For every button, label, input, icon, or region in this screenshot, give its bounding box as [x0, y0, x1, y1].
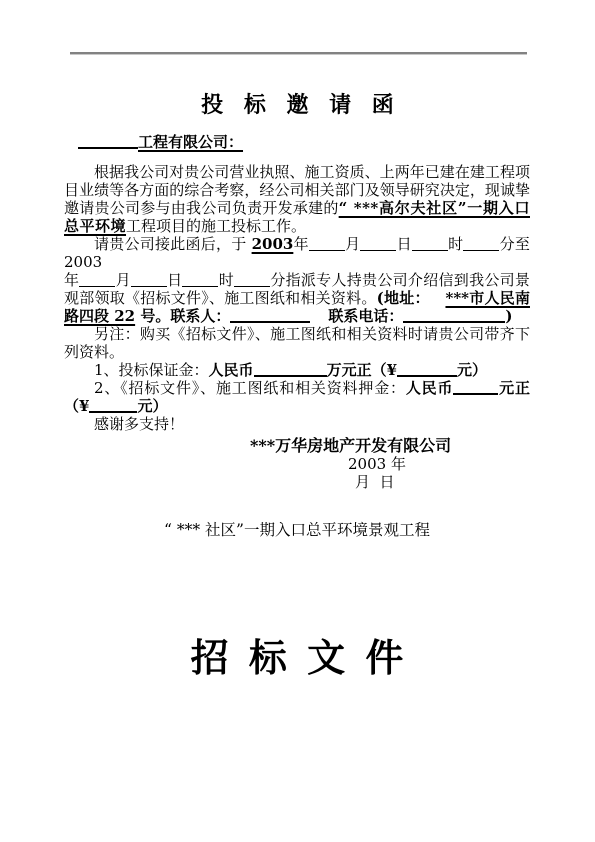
- minute-blank-field: [234, 286, 270, 287]
- address-label: (地址：: [377, 289, 438, 307]
- item1-currency: 人民币: [209, 361, 254, 379]
- day-blank-field: [360, 250, 396, 251]
- intro-outro: 工程项目的施工投标工作。: [126, 217, 306, 235]
- signature-month-day: 月 日: [64, 473, 530, 491]
- paragraph-note: 另注：购买《招标文件》、施工图纸和相关资料时请贵公司带齐下列资料。: [64, 325, 530, 361]
- company-name: ***万华房地产开发有限公司: [64, 437, 530, 455]
- unit-hour: 时: [218, 271, 234, 289]
- hour-blank-field: [182, 286, 218, 287]
- unit-month: 月: [115, 271, 131, 289]
- signature-block: ***万华房地产开发有限公司 2003 年 月 日: [64, 437, 530, 491]
- recipient-blank-field: [78, 147, 138, 149]
- item1-unit2: 元）: [457, 361, 487, 379]
- year-bold: 2003: [252, 235, 294, 253]
- day-blank-field: [131, 286, 167, 287]
- unit-hour: 时: [448, 235, 464, 253]
- hour-blank-field: [412, 250, 448, 251]
- paragraph-schedule: 请贵公司接此函后，于 2003年月日时分至 2003年月日时分指派专人持贵公司介…: [64, 235, 530, 325]
- signature-year: 2003 年: [64, 455, 530, 473]
- item1-amount-blank2: [397, 375, 457, 377]
- item1-label: 1、投标保证金：: [94, 361, 209, 379]
- month-blank-field: [79, 286, 115, 287]
- recipient-line: 工程有限公司：: [64, 133, 530, 151]
- item2-unit1: 元正: [498, 379, 530, 397]
- paragraph-intro: 根据我公司对贵公司营业执照、施工资质、上两年已建在建工程项目业绩等各方面的综合考…: [64, 163, 530, 235]
- letter-body: 工程有限公司： 根据我公司对贵公司营业执照、施工资质、上两年已建在建工程项目业绩…: [64, 133, 530, 667]
- item2-unit2: 元）: [137, 397, 167, 415]
- unit-month: 月: [345, 235, 361, 253]
- document-page: 投 标 邀 请 函 工程有限公司： 根据我公司对贵公司营业执照、施工资质、上两年…: [0, 0, 595, 842]
- list-item-document-deposit: 2、《招标文件》、施工图纸和相关资料押金：人民币元正（¥元）: [64, 379, 530, 415]
- item2-label: 2、《招标文件》、施工图纸和相关资料押金：: [94, 379, 406, 397]
- close-paren: ): [505, 307, 512, 325]
- list-item-deposit: 1、投标保证金：人民币万元正（¥元）: [64, 361, 530, 379]
- item1-amount-blank: [254, 375, 327, 377]
- item1-unit1: 万元正（¥: [327, 361, 397, 379]
- recipient-suffix: 工程有限公司：: [138, 133, 243, 151]
- contact-blank-field: [230, 321, 310, 323]
- project-subtitle: “ *** 社区”一期入口总平环境景观工程: [64, 521, 530, 539]
- schedule-lead: 请贵公司接此函后，于: [94, 235, 252, 253]
- item2-amount-blank: [453, 393, 498, 395]
- item2-paren: （¥: [64, 397, 89, 415]
- contact-label: 号。联系人：: [135, 307, 230, 325]
- minute-blank-field: [463, 250, 499, 251]
- phone-label: 联系电话：: [328, 307, 403, 325]
- invitation-title: 投 标 邀 请 函: [0, 88, 595, 119]
- item2-amount-blank2: [89, 411, 137, 413]
- month-blank-field: [309, 250, 345, 251]
- unit-day: 日: [167, 271, 183, 289]
- unit-year: 年: [64, 271, 79, 289]
- item2-currency: 人民币: [406, 379, 453, 397]
- unit-year: 年: [293, 235, 309, 253]
- thanks-line: 感谢多支持！: [64, 415, 530, 433]
- header-rule: [70, 52, 527, 55]
- phone-blank-field: [403, 321, 505, 323]
- bid-document-title: 招 标 文 件: [64, 649, 530, 667]
- unit-day: 日: [396, 235, 412, 253]
